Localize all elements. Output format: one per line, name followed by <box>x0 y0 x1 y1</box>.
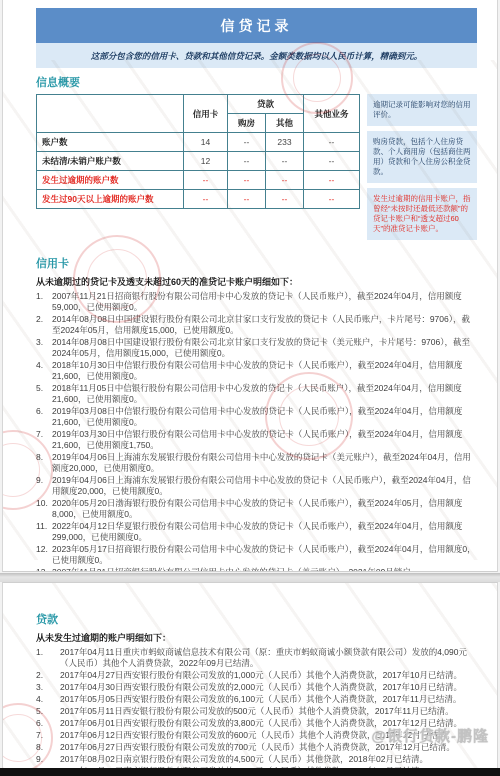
summary-col-loan: 贷款 <box>228 95 304 114</box>
bottom-crop-bar <box>0 768 500 776</box>
list-item-number: 1. <box>36 647 60 669</box>
summary-note: 购房贷款，包括个人住房贷款、个人商用房（包括商住两用）贷款和个人住房公积金贷款。 <box>367 131 477 183</box>
list-item-text: 2019年03月08日中信银行股份有限公司信用卡中心发放的贷记卡（人民币账户），… <box>52 406 477 428</box>
list-item-number: 13. <box>36 567 52 572</box>
list-item-text: 2017年04月30日西安银行股份有限公司发放的2,000元（人民币）其他个人消… <box>60 682 477 693</box>
list-item-text: 2017年04月11日重庆市蚂蚁商诚信息技术有限公司（原：重庆市蚂蚁商诚小额贷款… <box>60 647 477 669</box>
list-item-number: 10. <box>36 498 52 520</box>
summary-section: 信用卡 贷款 其他业务 购房 其他 账户数14--233--未结清/未销户账户数… <box>36 94 477 245</box>
section-subtitle: 这部分包含您的信用卡、贷款和其他信贷记录。金额类数据均以人民币计算，精确到元。 <box>36 43 477 68</box>
summary-cell-value: -- <box>266 171 304 190</box>
list-item-number: 2. <box>36 314 52 336</box>
report-viewport: 信贷记录 这部分包含您的信用卡、贷款和其他信贷记录。金额类数据均以人民币计算，精… <box>0 0 500 776</box>
summary-col-other-business: 其他业务 <box>304 95 360 133</box>
list-item: 8.2019年04月06日上海浦东发展银行股份有限公司信用卡中心发放的贷记卡（美… <box>36 452 477 474</box>
summary-cell-value: 14 <box>184 133 228 152</box>
summary-cell-value: 12 <box>184 152 228 171</box>
summary-cell-value: -- <box>228 152 266 171</box>
list-item: 4.2018年10月30日中信银行股份有限公司信用卡中心发放的贷记卡（人民币账户… <box>36 360 477 382</box>
summary-cell-value: -- <box>184 171 228 190</box>
list-item: 11.2022年04月12日华夏银行股份有限公司信用卡中心发放的贷记卡（人民币账… <box>36 521 477 543</box>
summary-table: 信用卡 贷款 其他业务 购房 其他 账户数14--233--未结清/未销户账户数… <box>36 94 360 209</box>
summary-cell-value: -- <box>304 190 360 209</box>
list-item: 4.2017年05月05日西安银行股份有限公司发放的6,100元（人民币）其他个… <box>36 694 477 705</box>
credit-card-section-title: 信用卡 <box>36 255 477 271</box>
summary-col-credit-card: 信用卡 <box>184 95 228 133</box>
summary-cell-value: -- <box>304 171 360 190</box>
list-item-number: 7. <box>36 730 60 741</box>
list-item-number: 6. <box>36 406 52 428</box>
summary-note: 逾期记录可能影响对您的信用评价。 <box>367 94 477 126</box>
credit-card-intro: 从未逾期过的贷记卡及透支未超过60天的准贷记卡账户明细如下： <box>36 275 477 288</box>
list-item-number: 3. <box>36 337 52 359</box>
page-title: 信贷记录 <box>221 18 293 34</box>
list-item-number: 4. <box>36 360 52 382</box>
list-item: 5.2017年05月11日西安银行股份有限公司发放的500元（人民币）其他个人消… <box>36 706 477 717</box>
list-item-text: 2018年10月30日中信银行股份有限公司信用卡中心发放的贷记卡（人民币账户），… <box>52 360 477 382</box>
summary-col-loan-house: 购房 <box>228 114 266 133</box>
summary-cell-value: -- <box>228 190 266 209</box>
list-item: 1.2017年04月11日重庆市蚂蚁商诚信息技术有限公司（原：重庆市蚂蚁商诚小额… <box>36 647 477 669</box>
list-item-text: 2007年11月21日招商银行股份有限公司信用卡中心发放的贷记卡（美元账户），2… <box>52 567 477 572</box>
list-item: 9.2019年04月06日上海浦东发展银行股份有限公司信用卡中心发放的贷记卡（人… <box>36 475 477 497</box>
list-item: 3.2014年08月08日中国建设银行股份有限公司北京甘家口支行发放的贷记卡（美… <box>36 337 477 359</box>
list-item-number: 9. <box>36 475 52 497</box>
list-item-text: 2023年05月17日招商银行股份有限公司信用卡中心发放的贷记卡（人民币账户），… <box>52 544 477 566</box>
summary-row-label: 发生过90天以上逾期的账户数 <box>37 190 184 209</box>
page-break <box>0 573 500 582</box>
summary-cell-value: -- <box>228 171 266 190</box>
list-item-text: 2017年05月11日西安银行股份有限公司发放的500元（人民币）其他个人消费贷… <box>60 706 477 717</box>
list-item-text: 2020年05月20日渤海银行股份有限公司信用卡中心发放的贷记卡（人民币账户），… <box>52 498 477 520</box>
summary-cell-value: -- <box>184 190 228 209</box>
summary-table-row: 发生过逾期的账户数-------- <box>37 171 360 190</box>
list-item-number: 11. <box>36 521 52 543</box>
list-item: 2.2014年08月08日中国建设银行股份有限公司北京甘家口支行发放的贷记卡（人… <box>36 314 477 336</box>
summary-row-label: 发生过逾期的账户数 <box>37 171 184 190</box>
summary-section-title: 信息概要 <box>36 74 477 90</box>
list-item: 2.2017年04月27日西安银行股份有限公司发放的1,000元（人民币）其他个… <box>36 670 477 681</box>
summary-cell-value: -- <box>266 190 304 209</box>
list-item-number: 7. <box>36 429 52 451</box>
section-header-credit-record: 信贷记录 <box>36 8 477 43</box>
list-item-number: 12. <box>36 544 52 566</box>
list-item: 13.2007年11月21日招商银行股份有限公司信用卡中心发放的贷记卡（美元账户… <box>36 567 477 572</box>
list-item-text: 2017年05月05日西安银行股份有限公司发放的6,100元（人民币）其他个人消… <box>60 694 477 705</box>
list-item-number: 8. <box>36 742 60 753</box>
list-item-text: 2022年04月12日华夏银行股份有限公司信用卡中心发放的贷记卡（人民币账户），… <box>52 521 477 543</box>
list-item-text: 2014年08月08日中国建设银行股份有限公司北京甘家口支行发放的贷记卡（人民币… <box>52 314 477 336</box>
loan-section-title: 贷款 <box>36 611 477 627</box>
list-item-number: 5. <box>36 706 60 717</box>
list-item: 5.2018年11月05日中信银行股份有限公司信用卡中心发放的贷记卡（人民币账户… <box>36 383 477 405</box>
list-item: 7.2019年03月30日中信银行股份有限公司信用卡中心发放的贷记卡（人民币账户… <box>36 429 477 451</box>
list-item-text: 2019年03月30日中信银行股份有限公司信用卡中心发放的贷记卡（人民币账户），… <box>52 429 477 451</box>
list-item-number: 1. <box>36 291 52 313</box>
list-item-number: 6. <box>36 718 60 729</box>
summary-cell-value: 233 <box>266 133 304 152</box>
summary-row-label: 未结清/未销户账户数 <box>37 152 184 171</box>
list-item: 6.2019年03月08日中信银行股份有限公司信用卡中心发放的贷记卡（人民币账户… <box>36 406 477 428</box>
summary-cell-value: -- <box>228 133 266 152</box>
list-item-text: 2014年08月08日中国建设银行股份有限公司北京甘家口支行发放的贷记卡（美元账… <box>52 337 477 359</box>
list-item-number: 5. <box>36 383 52 405</box>
summary-table-row: 账户数14--233-- <box>37 133 360 152</box>
list-item-number: 3. <box>36 682 60 693</box>
list-item-number: 4. <box>36 694 60 705</box>
list-item-number: 9. <box>36 754 60 765</box>
summary-col-loan-other: 其他 <box>266 114 304 133</box>
report-page-1: 信贷记录 这部分包含您的信用卡、贷款和其他信贷记录。金额类数据均以人民币计算，精… <box>2 0 498 572</box>
summary-table-row: 发生过90天以上逾期的账户数-------- <box>37 190 360 209</box>
list-item-text: 2018年11月05日中信银行股份有限公司信用卡中心发放的贷记卡（人民币账户），… <box>52 383 477 405</box>
summary-note: 发生过逾期的信用卡账户，指曾经“未按时还最低还款额”的贷记卡账户和“透支超过60… <box>367 188 477 240</box>
list-item-text: 2019年04月06日上海浦东发展银行股份有限公司信用卡中心发放的贷记卡（美元账… <box>52 452 477 474</box>
list-item-number: 8. <box>36 452 52 474</box>
report-page-2: 贷款 从未发生过逾期的账户明细如下： 1.2017年04月11日重庆市蚂蚁商诚信… <box>2 582 498 768</box>
list-item: 10.2020年05月20日渤海银行股份有限公司信用卡中心发放的贷记卡（人民币账… <box>36 498 477 520</box>
summary-cell-value: -- <box>304 133 360 152</box>
list-item-text: 2017年08月02日南京银行股份有限公司发放的4,500元（人民币）其他贷款，… <box>60 754 477 765</box>
summary-cell-value: -- <box>266 152 304 171</box>
summary-table-body: 账户数14--233--未结清/未销户账户数12------发生过逾期的账户数-… <box>37 133 360 209</box>
summary-col-empty <box>37 95 184 133</box>
list-item: 1.2007年11月21日招商银行股份有限公司信用卡中心发放的贷记卡（人民币账户… <box>36 291 477 313</box>
list-item-text: 2017年04月27日西安银行股份有限公司发放的1,000元（人民币）其他个人消… <box>60 670 477 681</box>
list-item-text: 2007年11月21日招商银行股份有限公司信用卡中心发放的贷记卡（人民币账户），… <box>52 291 477 313</box>
list-item: 3.2017年04月30日西安银行股份有限公司发放的2,000元（人民币）其他个… <box>36 682 477 693</box>
summary-row-label: 账户数 <box>37 133 184 152</box>
list-item: 12.2023年05月17日招商银行股份有限公司信用卡中心发放的贷记卡（人民币账… <box>36 544 477 566</box>
author-watermark: @银行贷款-鹏隆 <box>371 725 489 746</box>
list-item-number: 2. <box>36 670 60 681</box>
loan-list: 1.2017年04月11日重庆市蚂蚁商诚信息技术有限公司（原：重庆市蚂蚁商诚小额… <box>36 647 477 768</box>
loan-intro: 从未发生过逾期的账户明细如下： <box>36 631 477 644</box>
list-item-text: 2019年04月06日上海浦东发展银行股份有限公司信用卡中心发放的贷记卡（人民币… <box>52 475 477 497</box>
summary-cell-value: -- <box>304 152 360 171</box>
list-item: 9.2017年08月02日南京银行股份有限公司发放的4,500元（人民币）其他贷… <box>36 754 477 765</box>
summary-notes-column: 逾期记录可能影响对您的信用评价。购房贷款，包括个人住房贷款、个人商用房（包括商住… <box>367 94 477 245</box>
credit-card-list: 1.2007年11月21日招商银行股份有限公司信用卡中心发放的贷记卡（人民币账户… <box>36 291 477 572</box>
summary-table-row: 未结清/未销户账户数12------ <box>37 152 360 171</box>
